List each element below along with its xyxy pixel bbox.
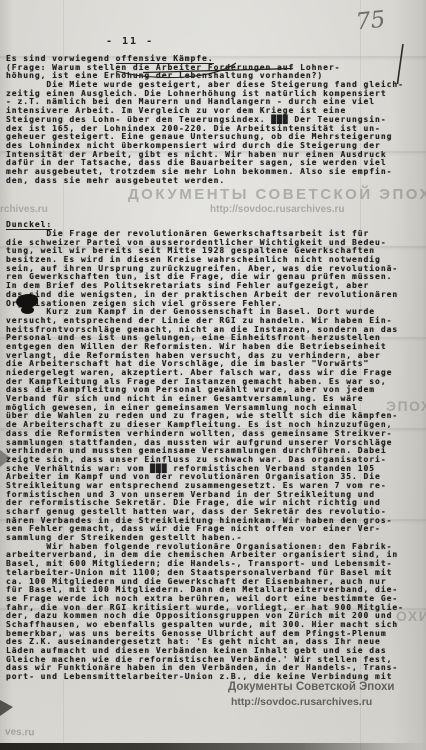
watermark-right-fragment-lower: ОХИ — [396, 608, 426, 624]
scan-edge-artifact — [0, 700, 13, 716]
scan-bottom-edge — [0, 743, 426, 750]
watermark-footer-url: http://sovdoc.rusarchives.ru — [231, 696, 372, 708]
page-number: - 11 - — [106, 36, 154, 47]
watermark-band-url: http://sovdoc.rusarchives.ru — [210, 204, 344, 215]
scanned-document-page: - 11 - 75 Es sind vorwiegend offensive K… — [0, 0, 426, 750]
handwritten-page-number: 75 — [355, 7, 387, 36]
watermark-left-fragment: rchives.ru — [0, 204, 48, 215]
ink-blot — [21, 306, 34, 314]
watermark-corner-fragment: ves.ru — [5, 726, 35, 738]
watermark-band-title: ДОКУМЕНТЫ СОВЕТСКОЙ ЭПОХИ — [128, 186, 426, 203]
scan-edge-artifact — [0, 450, 11, 467]
watermark-right-fragment-upper: ЭПОХИ — [386, 398, 426, 414]
text-line: den, dass sie mehr ausgebeutet werden. — [6, 177, 422, 186]
document-lines: Es sind vorwiegend offensive Kämpfe.(Fra… — [6, 55, 422, 682]
watermark-footer-title: Документы Советской Эпохи — [228, 681, 394, 693]
